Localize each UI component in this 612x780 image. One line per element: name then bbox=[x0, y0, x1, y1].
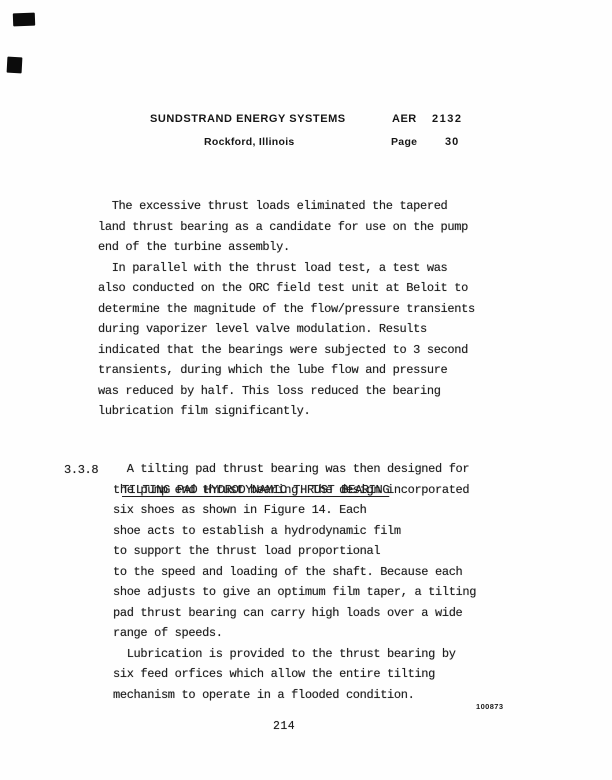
text-line: pad thrust bearing can carry high loads … bbox=[113, 603, 476, 624]
text-line: transients, during which the lube flow a… bbox=[98, 360, 475, 381]
header-page-number: 30 bbox=[445, 136, 459, 148]
text-line: In parallel with the thrust load test, a… bbox=[98, 258, 475, 279]
text-line: The excessive thrust loads eliminated th… bbox=[98, 196, 475, 217]
text-line: six shoes as shown in Figure 14. Each bbox=[113, 500, 476, 521]
text-line: A tilting pad thrust bearing was then de… bbox=[113, 459, 476, 480]
doc-ref-label: AER bbox=[392, 113, 417, 125]
text-line: determine the magnitude of the flow/pres… bbox=[98, 299, 475, 320]
scan-artifact-icon bbox=[7, 57, 23, 74]
header-location: Rockford, Illinois bbox=[204, 136, 295, 148]
text-line: shoe adjusts to give an optimum film tap… bbox=[113, 582, 476, 603]
text-line: mechanism to operate in a flooded condit… bbox=[113, 685, 476, 706]
text-line: end of the turbine assembly. bbox=[98, 237, 475, 258]
text-line: indicated that the bearings were subject… bbox=[98, 340, 475, 361]
text-line: to the speed and loading of the shaft. B… bbox=[113, 562, 476, 583]
doc-ref-number: 2132 bbox=[432, 113, 462, 125]
header-company: SUNDSTRAND ENERGY SYSTEMS bbox=[150, 113, 346, 125]
section-heading: 3.3.8 TILTING PAD HYDRODYNAMIC THRUST BE… bbox=[0, 439, 27, 521]
scanned-document-page: SUNDSTRAND ENERGY SYSTEMS Rockford, Illi… bbox=[0, 0, 612, 780]
footer-page-number: 214 bbox=[273, 717, 295, 738]
scan-artifact-icon bbox=[13, 13, 35, 27]
text-line: six feed orfices which allow the entire … bbox=[113, 664, 476, 685]
body-text-section: A tilting pad thrust bearing was then de… bbox=[113, 459, 476, 706]
text-line: Lubrication is provided to the thrust be… bbox=[113, 644, 476, 665]
header-page-label: Page bbox=[391, 136, 417, 148]
text-line: to support the thrust load proportional bbox=[113, 541, 476, 562]
text-line: was reduced by half. This loss reduced t… bbox=[98, 381, 475, 402]
footer-stamp: 100873 bbox=[476, 702, 503, 711]
text-line: range of speeds. bbox=[113, 623, 476, 644]
text-line: also conducted on the ORC field test uni… bbox=[98, 278, 475, 299]
text-line: land thrust bearing as a candidate for u… bbox=[98, 217, 475, 238]
section-number: 3.3.8 bbox=[64, 460, 98, 481]
text-line: lubrication film significantly. bbox=[98, 401, 475, 422]
text-line: the pump end thrust bearing. The design … bbox=[113, 480, 476, 501]
body-text-upper: The excessive thrust loads eliminated th… bbox=[98, 196, 475, 422]
text-line: shoe acts to establish a hydrodynamic fi… bbox=[113, 521, 476, 542]
text-line: during vaporizer level valve modulation.… bbox=[98, 319, 475, 340]
